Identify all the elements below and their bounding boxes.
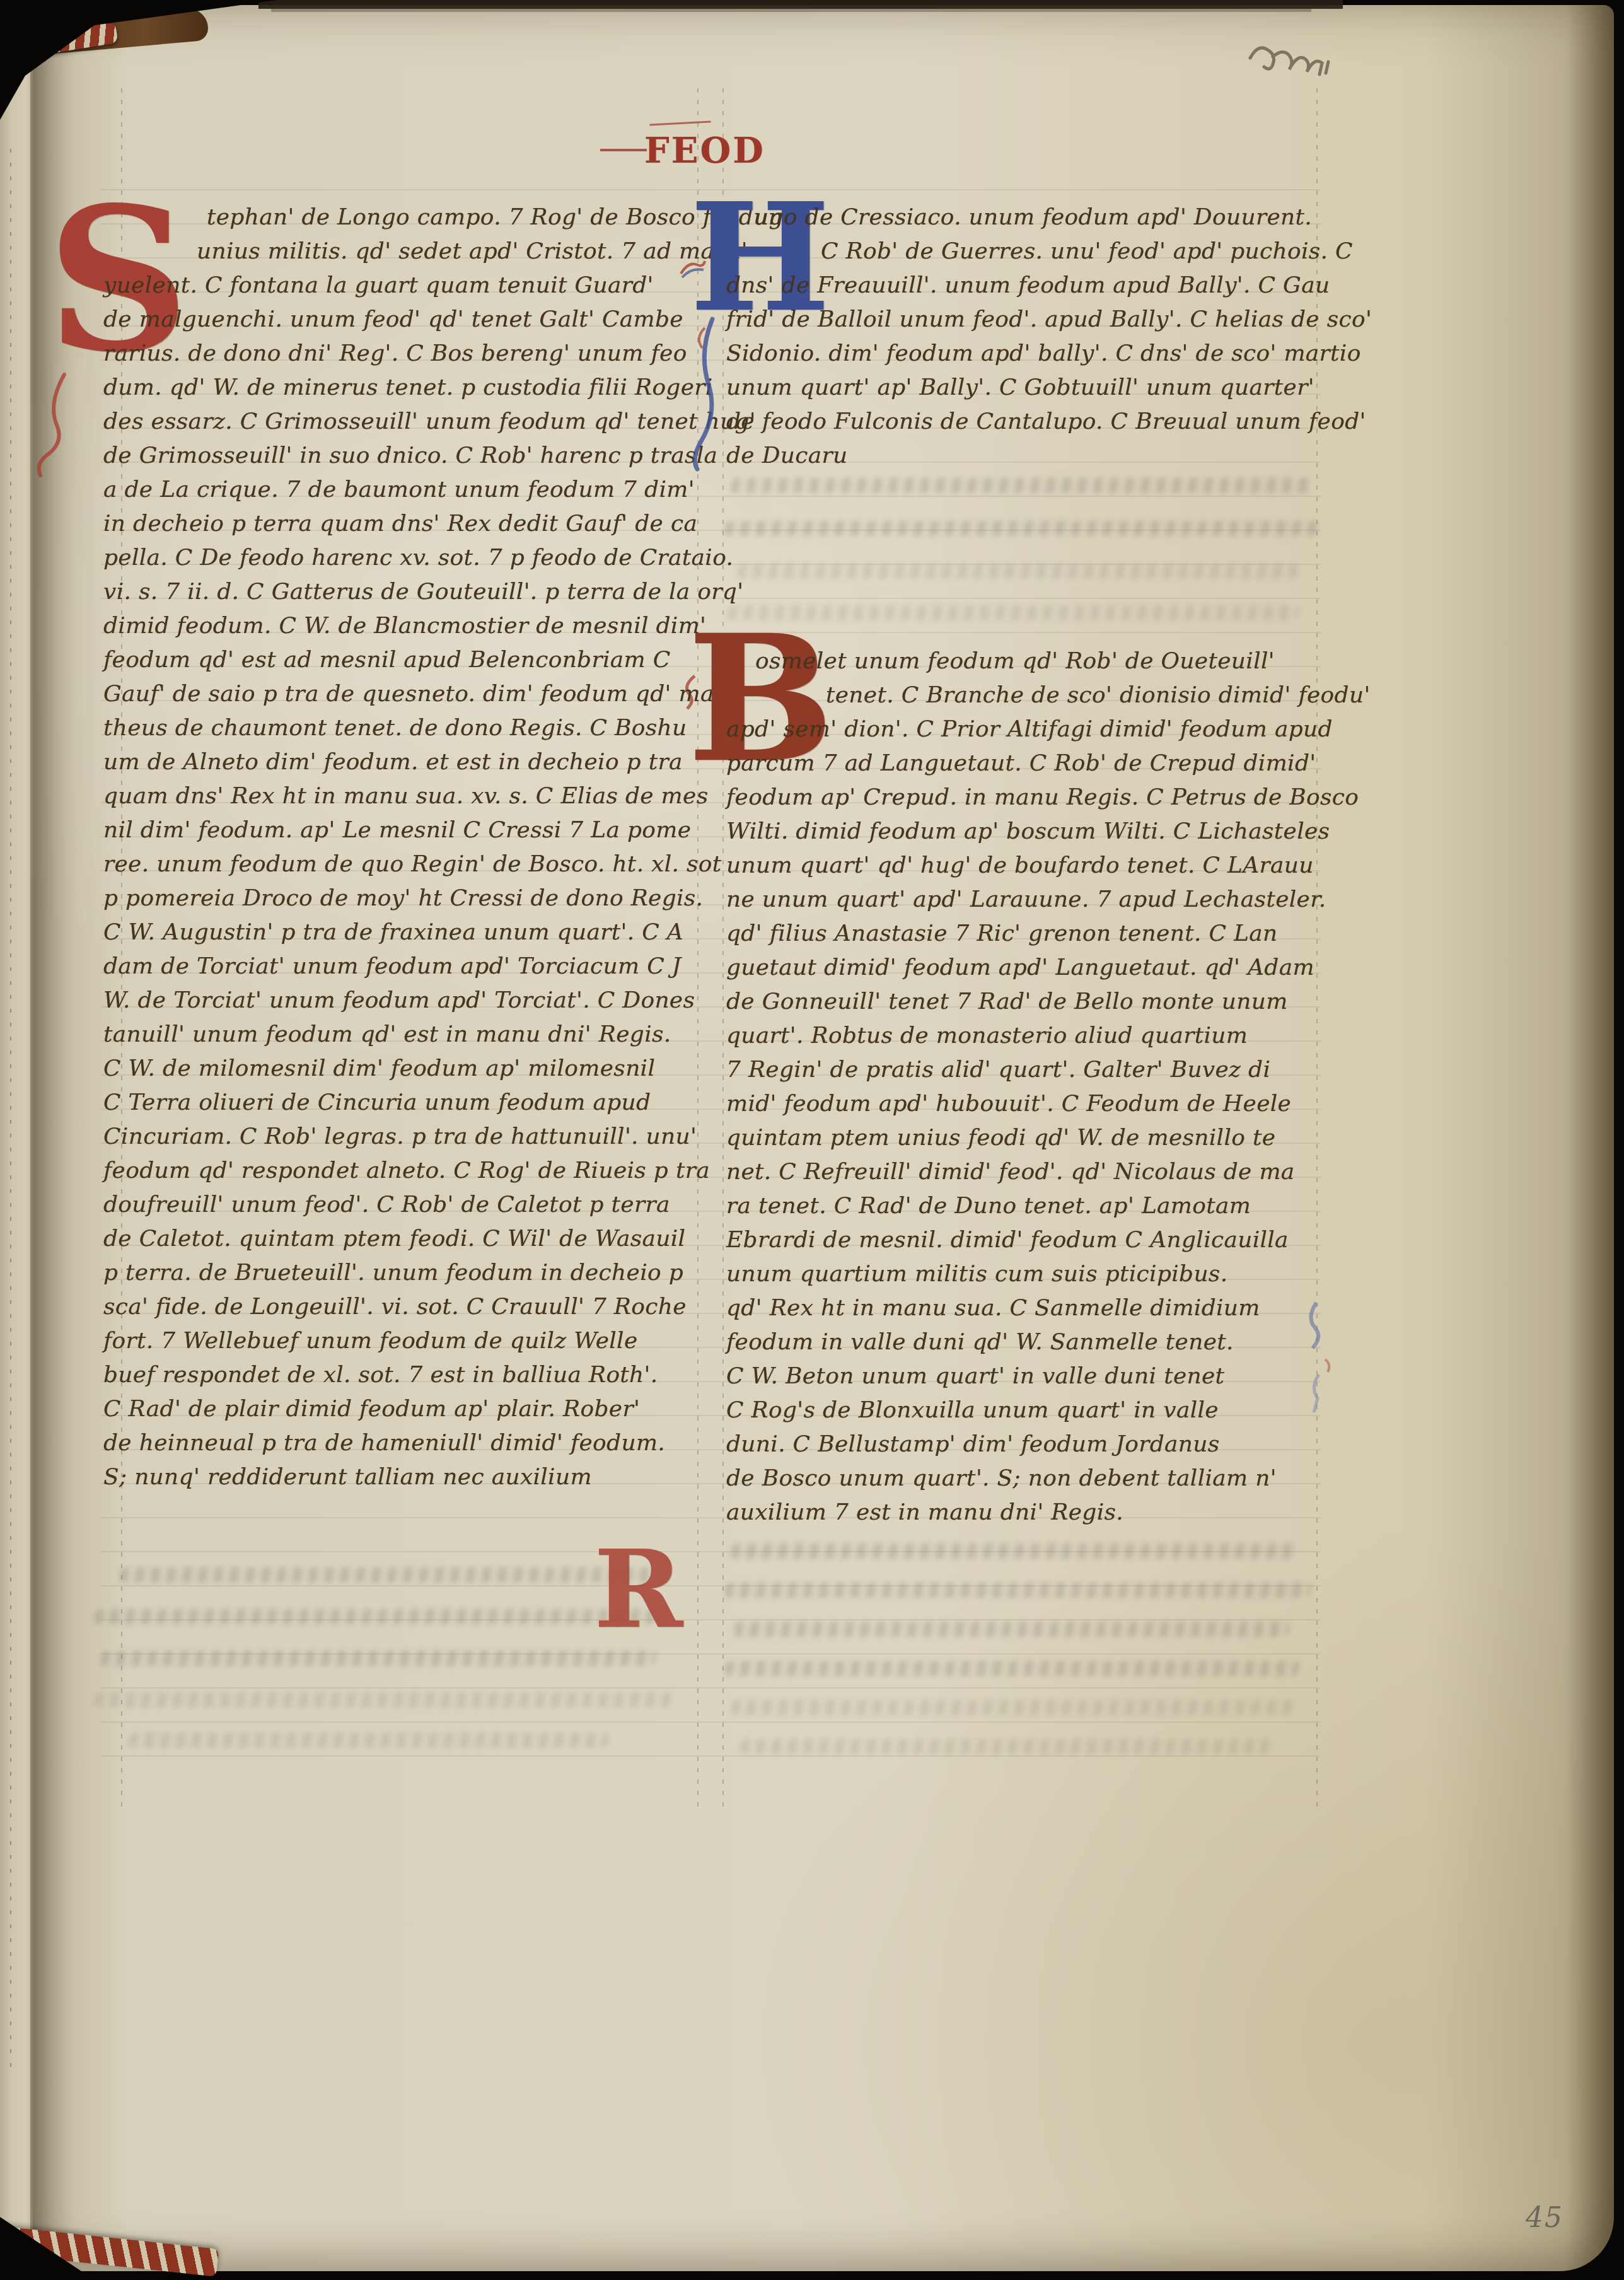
text-line: ne unum quart' apd' Larauune. 7 apud Lec… [726, 883, 1319, 917]
initial-R: R [594, 1546, 683, 1634]
text-line: frid' de Balloil unum feod'. apud Bally'… [726, 303, 1319, 337]
showthrough-line [94, 1692, 673, 1707]
showthrough-line [731, 1700, 1297, 1715]
text-line: dns' de Freauuill'. unum feodum apud Bal… [726, 269, 1319, 303]
showthrough-line [724, 1661, 1300, 1676]
text-line: 7 Regin' de pratis alid' quart'. Galter'… [726, 1053, 1319, 1087]
text-line: feodum qd' respondet alneto. C Rog' de R… [103, 1154, 702, 1188]
text-line: Gauf' de saio p tra de quesneto. dim' fe… [103, 677, 702, 711]
text-line: feodum qd' est ad mesnil apud Belenconbr… [103, 643, 702, 677]
showthrough-line [119, 1567, 657, 1583]
text-line: fort. 7 Wellebuef unum feodum de quilz W… [103, 1324, 702, 1358]
text-line: Sidonio. dim' feodum apd' bally'. C dns'… [726, 337, 1319, 371]
text-line: unum quartium militis cum suis pticipibu… [726, 1257, 1319, 1291]
text-line: C W. Augustin' p tra de fraxinea unum qu… [103, 916, 702, 950]
upper-leaf-edge-highlight [271, 9, 1311, 12]
text-line: p terra. de Brueteuill'. unum feodum in … [103, 1256, 702, 1290]
text-line: mid' feodum apd' hubouuit'. C Feodum de … [726, 1087, 1319, 1121]
text-line: nil dim' feodum. ap' Le mesnil C Cressi … [103, 813, 702, 847]
showthrough-line [100, 1651, 657, 1666]
text-line: unius militis. qd' sedet apd' Cristot. 7… [197, 235, 702, 269]
text-line: apd' sem' dion'. C Prior Altifagi dimid'… [726, 712, 1319, 747]
text-line: W. de Torciat' unum feodum apd' Torciat'… [103, 984, 702, 1018]
text-line: yuelent. C fontana la guart quam tenuit … [103, 269, 702, 303]
text-line: a de La crique. 7 de baumont unum feodum… [103, 473, 702, 507]
showthrough-line [94, 1609, 663, 1624]
text-line: qd' filius Anastasie 7 Ric' grenon tenen… [726, 917, 1319, 951]
text-line: um de Alneto dim' feodum. et est in dech… [103, 745, 702, 779]
upper-leaf-edge [258, 0, 1343, 9]
right-column-block-2: osmelet unum feodum qd' Rob' de Oueteuil… [726, 644, 1319, 1530]
text-line: Ebrardi de mesnil. dimid' feodum C Angli… [726, 1223, 1319, 1257]
text-line: de Grimosseuill' in suo dnico. C Rob' ha… [103, 439, 702, 473]
text-line: auxilium 7 est in manu dni' Regis. [726, 1496, 1319, 1530]
text-line: C Terra oliueri de Cincuria unum feodum … [103, 1086, 702, 1120]
text-line: de heinneual p tra de hameniull' dimid' … [103, 1426, 702, 1460]
text-line: p pomereia Droco de moy' ht Cressi de do… [103, 881, 702, 916]
left-column: tephan' de Longo campo. 7 Rog' de Bosco … [103, 201, 702, 1494]
text-line: S; nunq' reddiderunt talliam nec auxiliu… [103, 1460, 702, 1494]
text-line: quart'. Robtus de monasterio aliud quart… [726, 1019, 1319, 1053]
showthrough-line [740, 1739, 1272, 1754]
text-line: unum quart' ap' Bally'. C Gobtuuill' unu… [726, 371, 1319, 405]
text-line: de malguenchi. unum feod' qd' tenet Galt… [103, 303, 702, 337]
text-line: de Caletot. quintam ptem feodi. C Wil' d… [103, 1222, 702, 1256]
pricking-dotted-line [10, 149, 11, 2069]
text-line: quintam ptem unius feodi qd' W. de mesni… [726, 1121, 1319, 1155]
text-line: de Bosco unum quart'. S; non debent tall… [726, 1462, 1319, 1496]
showthrough-line [129, 1733, 610, 1748]
text-line: C Rog's de Blonxuilla unum quart' in val… [726, 1393, 1319, 1428]
text-line: de Ducaru [726, 439, 1319, 473]
text-line: unum quart' qd' hug' de boufardo tenet. … [726, 849, 1319, 883]
text-line: Cincuriam. C Rob' legras. p tra de hattu… [103, 1120, 702, 1154]
text-line: Wilti. dimid feodum ap' boscum Wilti. C … [726, 815, 1319, 849]
manuscript-photo: FEOD S tephan' de Longo campo. 7 Rog' de… [0, 0, 1624, 2280]
text-line: in decheio p terra quam dns' Rex dedit G… [103, 507, 702, 541]
text-line: feodum ap' Crepud. in manu Regis. C Petr… [726, 781, 1319, 815]
text-line: dum. qd' W. de minerus tenet. p custodia… [103, 371, 702, 405]
text-line: qd' Rex ht in manu sua. C Sanmelle dimid… [726, 1291, 1319, 1325]
showthrough-line [724, 1583, 1313, 1598]
text-line: tenet. C Branche de sco' dionisio dimid'… [826, 678, 1319, 712]
text-line: dimid feodum. C W. de Blancmostier de me… [103, 609, 702, 643]
text-line: C Rad' de plair dimid feodum ap' plair. … [103, 1392, 702, 1426]
text-line: ree. unum feodum de quo Regin' de Bosco.… [103, 847, 702, 881]
text-line: dam de Torciat' unum feodum apd' Torciac… [103, 950, 702, 984]
text-line: vi. s. 7 ii. d. C Gatterus de Gouteuill'… [103, 575, 702, 609]
text-line: C Rob' de Guerres. unu' feod' apd' pucho… [821, 235, 1319, 269]
text-line: theus de chaumont tenet. de dono Regis. … [103, 711, 702, 745]
text-line: parcum 7 ad Languetaut. C Rob' de Crepud… [726, 747, 1319, 781]
text-line: doufreuill' unum feod'. C Rob' de Caleto… [103, 1188, 702, 1222]
text-line: tephan' de Longo campo. 7 Rog' de Bosco … [207, 201, 702, 235]
right-column-block-1: ugo de Cressiaco. unum feodum apd' Douur… [726, 201, 1319, 473]
folio-number: 45 [1526, 2202, 1563, 2234]
text-line: buef respondet de xl. sot. 7 est in ball… [103, 1358, 702, 1392]
text-line: net. C Refreuill' dimid' feod'. qd' Nico… [726, 1155, 1319, 1189]
rubric-header: FEOD [644, 130, 765, 172]
text-line: feodum in valle duni qd' W. Sanmelle ten… [726, 1325, 1319, 1359]
text-line: rarius. de dono dni' Reg'. C Bos bereng'… [103, 337, 702, 371]
text-line: de feodo Fulconis de Cantalupo. C Breuua… [726, 405, 1319, 439]
showthrough-line [737, 564, 1300, 579]
showthrough-line [731, 478, 1313, 493]
text-line: guetaut dimid' feodum apd' Languetaut. q… [726, 951, 1319, 985]
text-line: ra tenet. C Rad' de Duno tenet. ap' Lamo… [726, 1189, 1319, 1223]
showthrough-line [734, 1622, 1290, 1637]
showthrough-line [724, 521, 1319, 536]
showthrough-line [731, 1544, 1300, 1559]
text-line: osmelet unum feodum qd' Rob' de Oueteuil… [755, 644, 1319, 678]
text-line: sca' fide. de Longeuill'. vi. sot. C Cra… [103, 1290, 702, 1324]
text-line: de Gonneuill' tenet 7 Rad' de Bello mont… [726, 985, 1319, 1019]
text-line: duni. C Bellustamp' dim' feodum Jordanus [726, 1428, 1319, 1462]
text-line: ugo de Cressiaco. unum feodum apd' Douur… [754, 201, 1319, 235]
text-line: pella. C De feodo harenc xv. sot. 7 p fe… [103, 541, 702, 575]
text-line: C W. Beton unum quart' in valle duni ten… [726, 1359, 1319, 1393]
text-line: des essarz. C Grimosseuill' unum feodum … [103, 405, 702, 439]
text-line: C W. de milomesnil dim' feodum ap' milom… [103, 1052, 702, 1086]
text-line: tanuill' unum feodum qd' est in manu dni… [103, 1018, 702, 1052]
text-line: quam dns' Rex ht in manu sua. xv. s. C E… [103, 779, 702, 813]
